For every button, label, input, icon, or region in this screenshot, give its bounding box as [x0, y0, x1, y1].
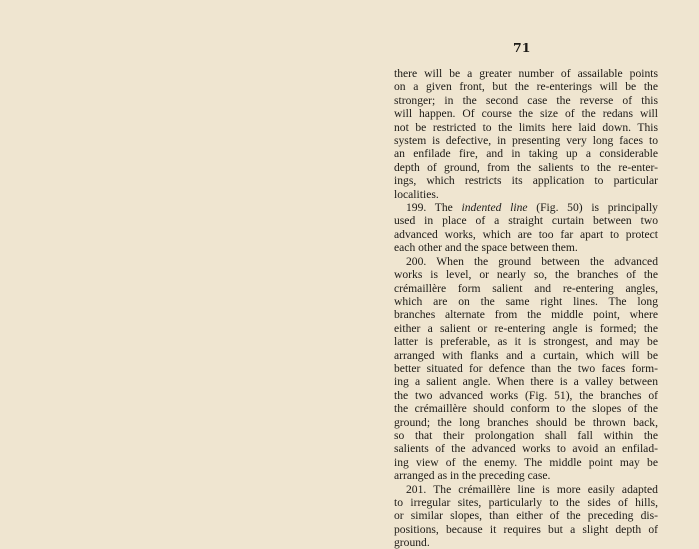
text-line: so that their prolongation shall fall wi…: [394, 429, 658, 442]
text-line: the crémaillère should conform to the sl…: [394, 402, 658, 415]
text-line: an enfilade fire, and in taking up a con…: [394, 147, 658, 160]
text-line: system is defective, in presenting very …: [394, 134, 658, 147]
text-line: used in place of a straight curtain betw…: [394, 214, 658, 227]
text-line: each other and the space between them.: [394, 241, 658, 254]
paragraph-number: 199.: [406, 201, 426, 214]
text-line: better situated for defence than the two…: [394, 362, 658, 375]
text-line: positions, because it requires but a sli…: [394, 523, 658, 536]
text-line-content: The indented line (Fig. 50) is principal…: [435, 201, 658, 214]
text-line: 199. The indented line (Fig. 50) is prin…: [394, 201, 658, 214]
page-number: 71: [513, 40, 530, 55]
text-line: on a given front, but the re-enterings w…: [394, 80, 658, 93]
text-line: stronger; in the second case the reverse…: [394, 94, 658, 107]
text-line: salients of the advanced works to avoid …: [394, 442, 658, 455]
paragraph-201: 201. The crémaillère line is more easily…: [394, 483, 658, 549]
text-line: ings, which restricts its application to…: [394, 174, 658, 187]
text-line: which are on the same right lines. The l…: [394, 295, 658, 308]
paragraph-200: 200. When the ground between the advance…: [394, 255, 658, 483]
text-line: 200. When the ground between the advance…: [394, 255, 658, 268]
text-line-content: The crémaillère line is more easily adap…: [433, 483, 658, 496]
text-line: either a salient or re-entering angle is…: [394, 322, 658, 335]
italic-term: indented line: [462, 201, 528, 214]
text-line: ground; the long branches should be thro…: [394, 416, 658, 429]
text-line: 201. The crémaillère line is more easily…: [394, 483, 658, 496]
text-line: there will be a greater number of assail…: [394, 67, 658, 80]
paragraph-continuation: there will be a greater number of assail…: [394, 67, 658, 201]
text-line: localities.: [394, 188, 658, 201]
text-line: branches alternate from the middle point…: [394, 308, 658, 321]
body-text: there will be a greater number of assail…: [394, 67, 658, 549]
text-line: ground.: [394, 536, 658, 549]
text-line: latter is preferable, as it is strongest…: [394, 335, 658, 348]
text-line: not be restricted to the limits here lai…: [394, 121, 658, 134]
text-line: crémaillère form salient and re-entering…: [394, 282, 658, 295]
paragraph-199: 199. The indented line (Fig. 50) is prin…: [394, 201, 658, 255]
text-line: the two advanced works (Fig. 51), the br…: [394, 389, 658, 402]
text-line: will happen. Of course the size of the r…: [394, 107, 658, 120]
text-line-content: When the ground between the advanced: [436, 255, 658, 268]
text-line: ing view of the enemy. The middle point …: [394, 456, 658, 469]
text-line: depth of ground, from the salients to th…: [394, 161, 658, 174]
text-line: ing a salient angle. When there is a val…: [394, 375, 658, 388]
text-line: arranged as in the preceding case.: [394, 469, 658, 482]
text-line: advanced works, which are too far apart …: [394, 228, 658, 241]
text-line: arranged with flanks and a curtain, whic…: [394, 349, 658, 362]
paragraph-number: 201.: [406, 483, 426, 496]
paragraph-number: 200.: [406, 255, 426, 268]
text-line: to irregular sites, particularly to the …: [394, 496, 658, 509]
text-line: or similar slopes, than either of the pr…: [394, 509, 658, 522]
text-line: works is level, or nearly so, the branch…: [394, 268, 658, 281]
